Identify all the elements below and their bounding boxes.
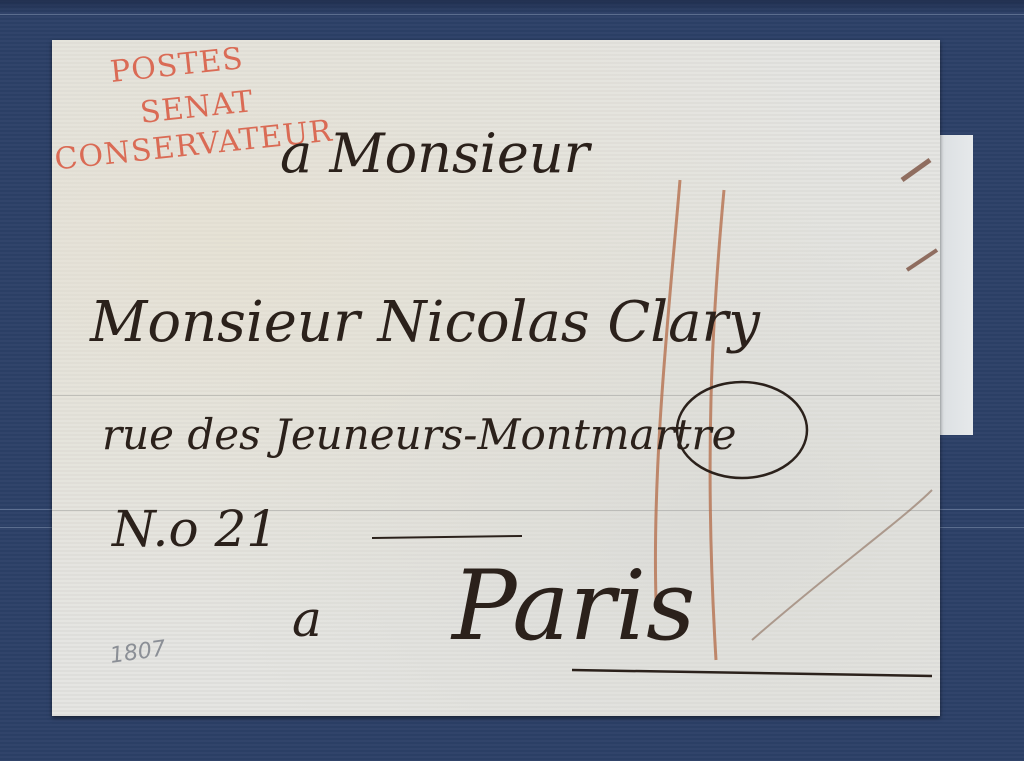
address-street: rue des Jeuneurs-Montmartre [102, 410, 736, 459]
album-rule [0, 14, 1024, 15]
address-number: N.o 21 [112, 500, 278, 558]
folded-letter: POSTES SENAT CONSERVATEUR a Monsieur Mon… [52, 40, 940, 716]
address-city: Paris [452, 550, 695, 662]
address-salutation: a Monsieur [280, 122, 589, 185]
address-name: Monsieur Nicolas Clary [90, 290, 760, 355]
address-prefix: a [292, 590, 322, 648]
